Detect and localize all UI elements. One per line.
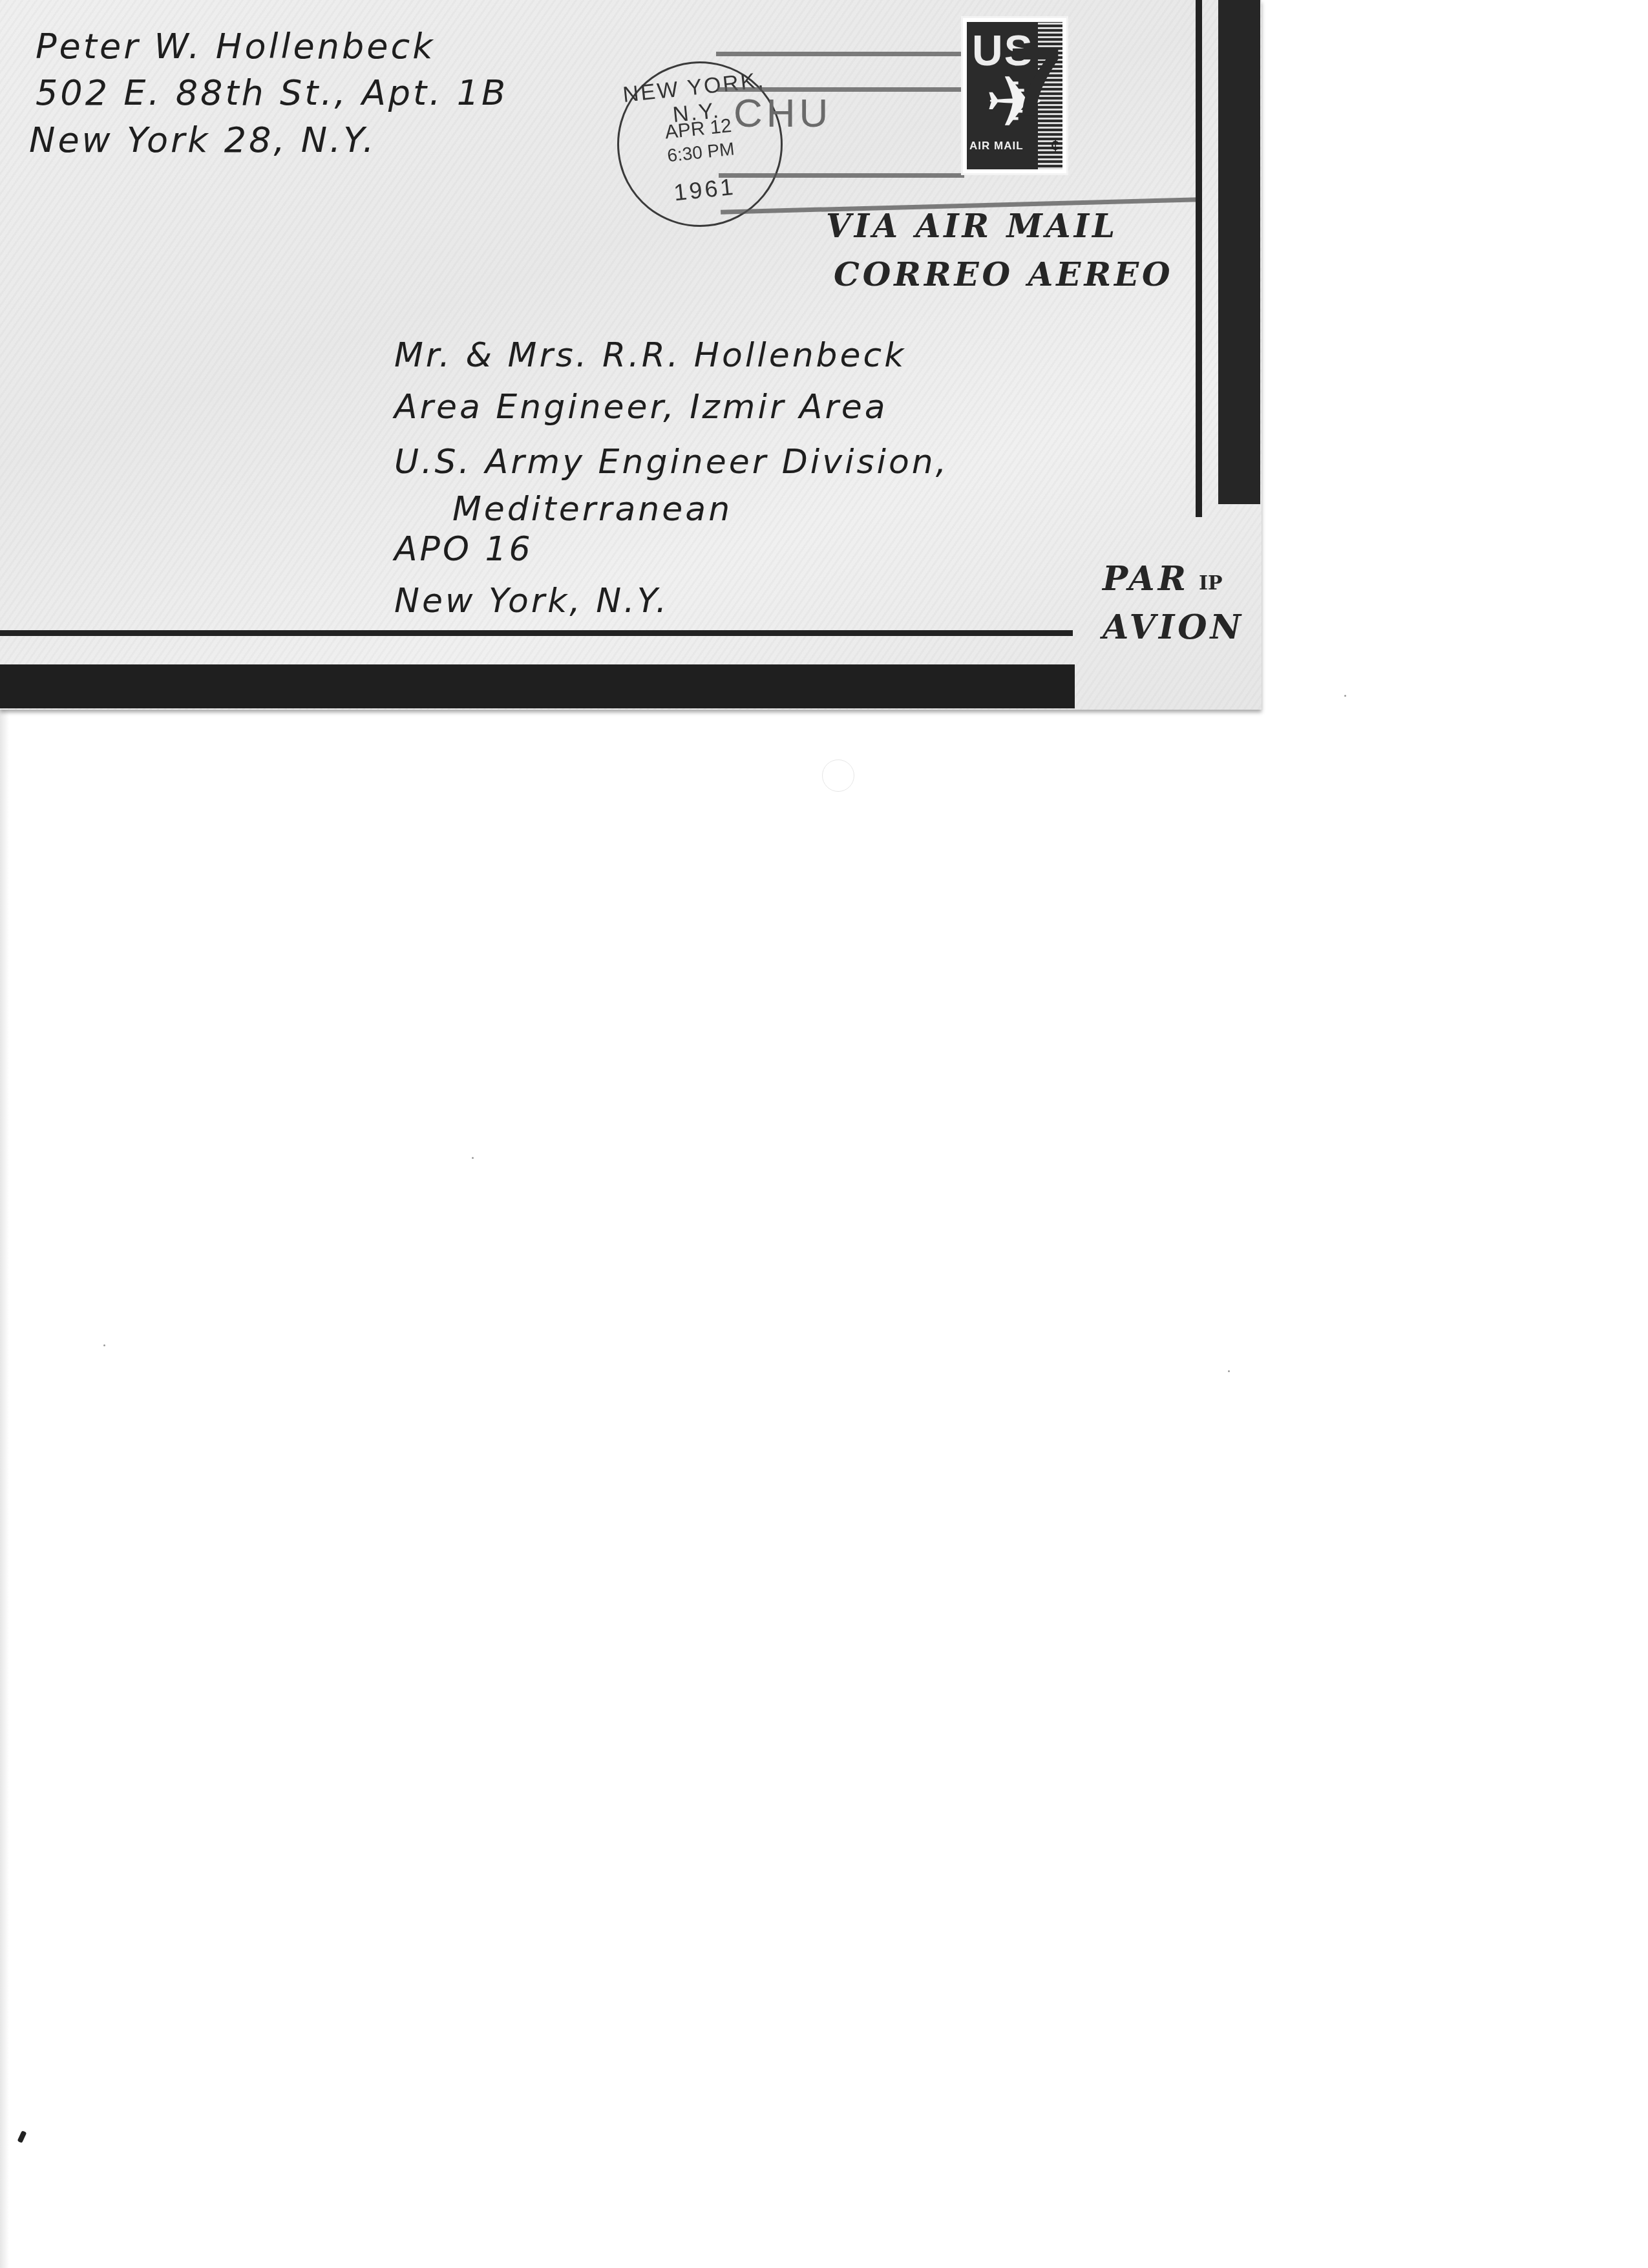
avion-label: AVION: [1103, 608, 1244, 647]
return-address-street: 502 E. 88th St., Apt. 1B: [36, 72, 508, 113]
recipient-organization: U.S. Army Engineer Division,: [394, 443, 949, 482]
scan-speck: [1344, 695, 1346, 697]
recipient-title: Area Engineer, Izmir Area: [394, 388, 888, 427]
recipient-city: New York, N.Y.: [394, 582, 669, 620]
cent-icon: ¢: [1051, 136, 1060, 156]
correo-aereo-label: CORREO AEREO: [834, 255, 1174, 293]
border-horizontal-thick: [0, 664, 1075, 708]
scan-speck: [103, 1344, 105, 1346]
return-address-city: New York 28, N.Y.: [29, 120, 376, 160]
recipient-apo: APO 16: [394, 530, 533, 569]
border-horizontal-thin: [0, 630, 1073, 636]
scan-artifact-mark: [17, 2130, 27, 2143]
airmail-envelope: Peter W. Hollenbeck 502 E. 88th St., Apt…: [0, 0, 1262, 710]
return-address-name: Peter W. Hollenbeck: [36, 26, 435, 67]
cancellation-line: [716, 52, 962, 56]
printer-mark: IP: [1199, 572, 1223, 595]
scan-artifact-circle: [822, 759, 854, 792]
par-label: PAR: [1103, 559, 1189, 599]
scan-speck: [472, 1157, 474, 1159]
cancellation-line: [719, 173, 964, 178]
recipient-organization-region: Mediterranean: [452, 490, 732, 529]
airmail-stamp: US ✈ 7 ¢ AIR MAIL: [963, 18, 1066, 173]
postmark-circle: NEW YORK, N.Y. APR 12 6:30 PM 1961: [609, 53, 790, 235]
recipient-name: Mr. & Mrs. R.R. Hollenbeck: [394, 336, 906, 375]
stamp-design: US ✈ 7 ¢ AIR MAIL: [967, 22, 1062, 169]
stamp-airmail-label: AIR MAIL: [969, 140, 1024, 153]
border-vertical-thin: [1196, 0, 1202, 517]
via-air-mail-label: VIA AIR MAIL: [826, 207, 1118, 245]
stamp-value: 7: [1009, 34, 1062, 131]
border-vertical-thick: [1218, 0, 1260, 504]
scan-speck: [1228, 1370, 1230, 1372]
cancellation-slogan: CHU: [734, 90, 832, 136]
